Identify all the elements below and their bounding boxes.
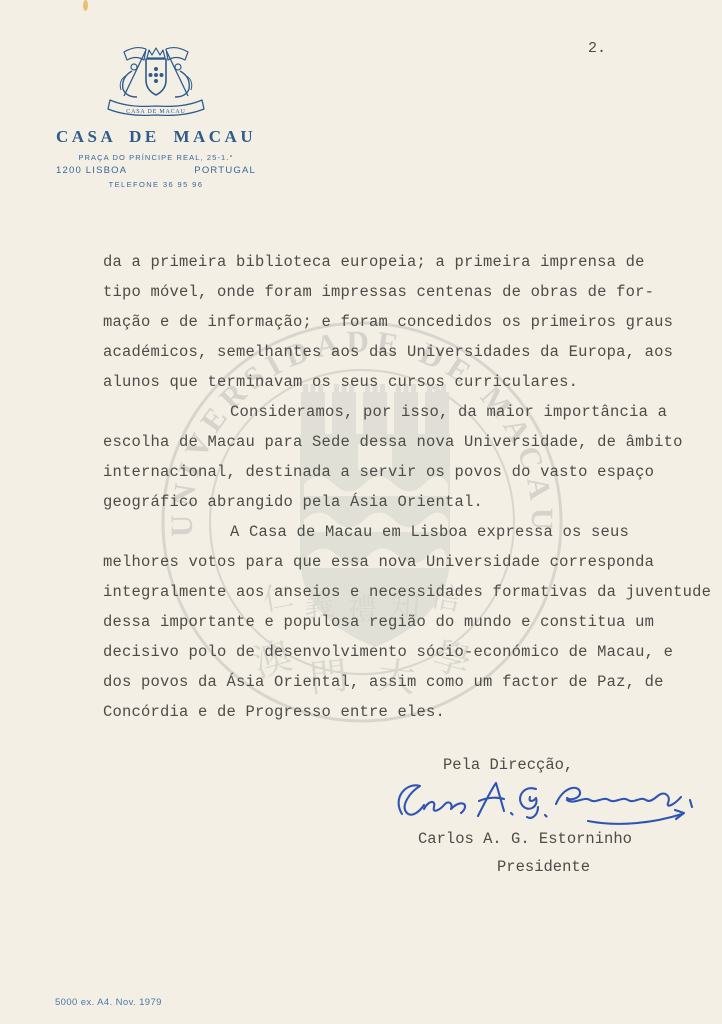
body-line: alunos que terminavam os seus cursos cur… [103, 367, 703, 397]
paper-stain [83, 0, 88, 11]
crest-banner-text: CASA DE MACAU [126, 109, 185, 115]
body-line: integralmente aos anseios e necessidades… [103, 577, 703, 607]
address-country: PORTUGAL [194, 165, 256, 176]
print-run-note: 5000 ex. A4. Nov. 1979 [55, 997, 162, 1008]
body-line: escolha de Macau para Sede dessa nova Un… [103, 427, 703, 457]
handwritten-signature [390, 774, 698, 830]
signer-title: Presidente [497, 858, 590, 876]
body-line: internacional, destinada a servir os pov… [103, 457, 703, 487]
body-line: tipo móvel, onde foram impressas centena… [103, 277, 703, 307]
closing-salutation: Pela Direcção, [443, 756, 573, 774]
body-line: Consideramos, por isso, da maior importâ… [103, 397, 703, 427]
body-line: Concórdia e de Progresso entre eles. [103, 697, 703, 727]
body-line: dessa importante e populosa região do mu… [103, 607, 703, 637]
phone-line: TELEFONE 36 95 96 [56, 180, 256, 189]
address-line: PRAÇA DO PRÍNCIPE REAL, 25-1.° [56, 153, 256, 162]
letter-page: CASA DE MACAU CASA DE MACAU PRAÇA DO PRÍ… [0, 0, 722, 1024]
body-line: mação e de informação; e foram concedido… [103, 307, 703, 337]
body-line: decisivo polo de desenvolvimento sócio-e… [103, 637, 703, 667]
address-city-country: 1200 LISBOA PORTUGAL [56, 165, 256, 176]
body-line: dos povos da Ásia Oriental, assim como u… [103, 667, 703, 697]
letterhead: CASA DE MACAU CASA DE MACAU PRAÇA DO PRÍ… [56, 40, 256, 189]
signer-name: Carlos A. G. Estorninho [418, 830, 632, 848]
page-number: 2. [588, 40, 606, 57]
org-name: CASA DE MACAU [56, 127, 256, 147]
body-line: melhores votos para que essa nova Univer… [103, 547, 703, 577]
body-line: da a primeira biblioteca europeia; a pri… [103, 247, 703, 277]
letter-body: da a primeira biblioteca europeia; a pri… [103, 247, 703, 727]
body-line: académicos, semelhantes aos das Universi… [103, 337, 703, 367]
body-line: geográfico abrangido pela Ásia Oriental. [103, 487, 703, 517]
body-line: A Casa de Macau em Lisboa expressa os se… [103, 517, 703, 547]
casa-de-macau-crest-icon: CASA DE MACAU [94, 40, 218, 124]
address-city: 1200 LISBOA [56, 165, 127, 176]
